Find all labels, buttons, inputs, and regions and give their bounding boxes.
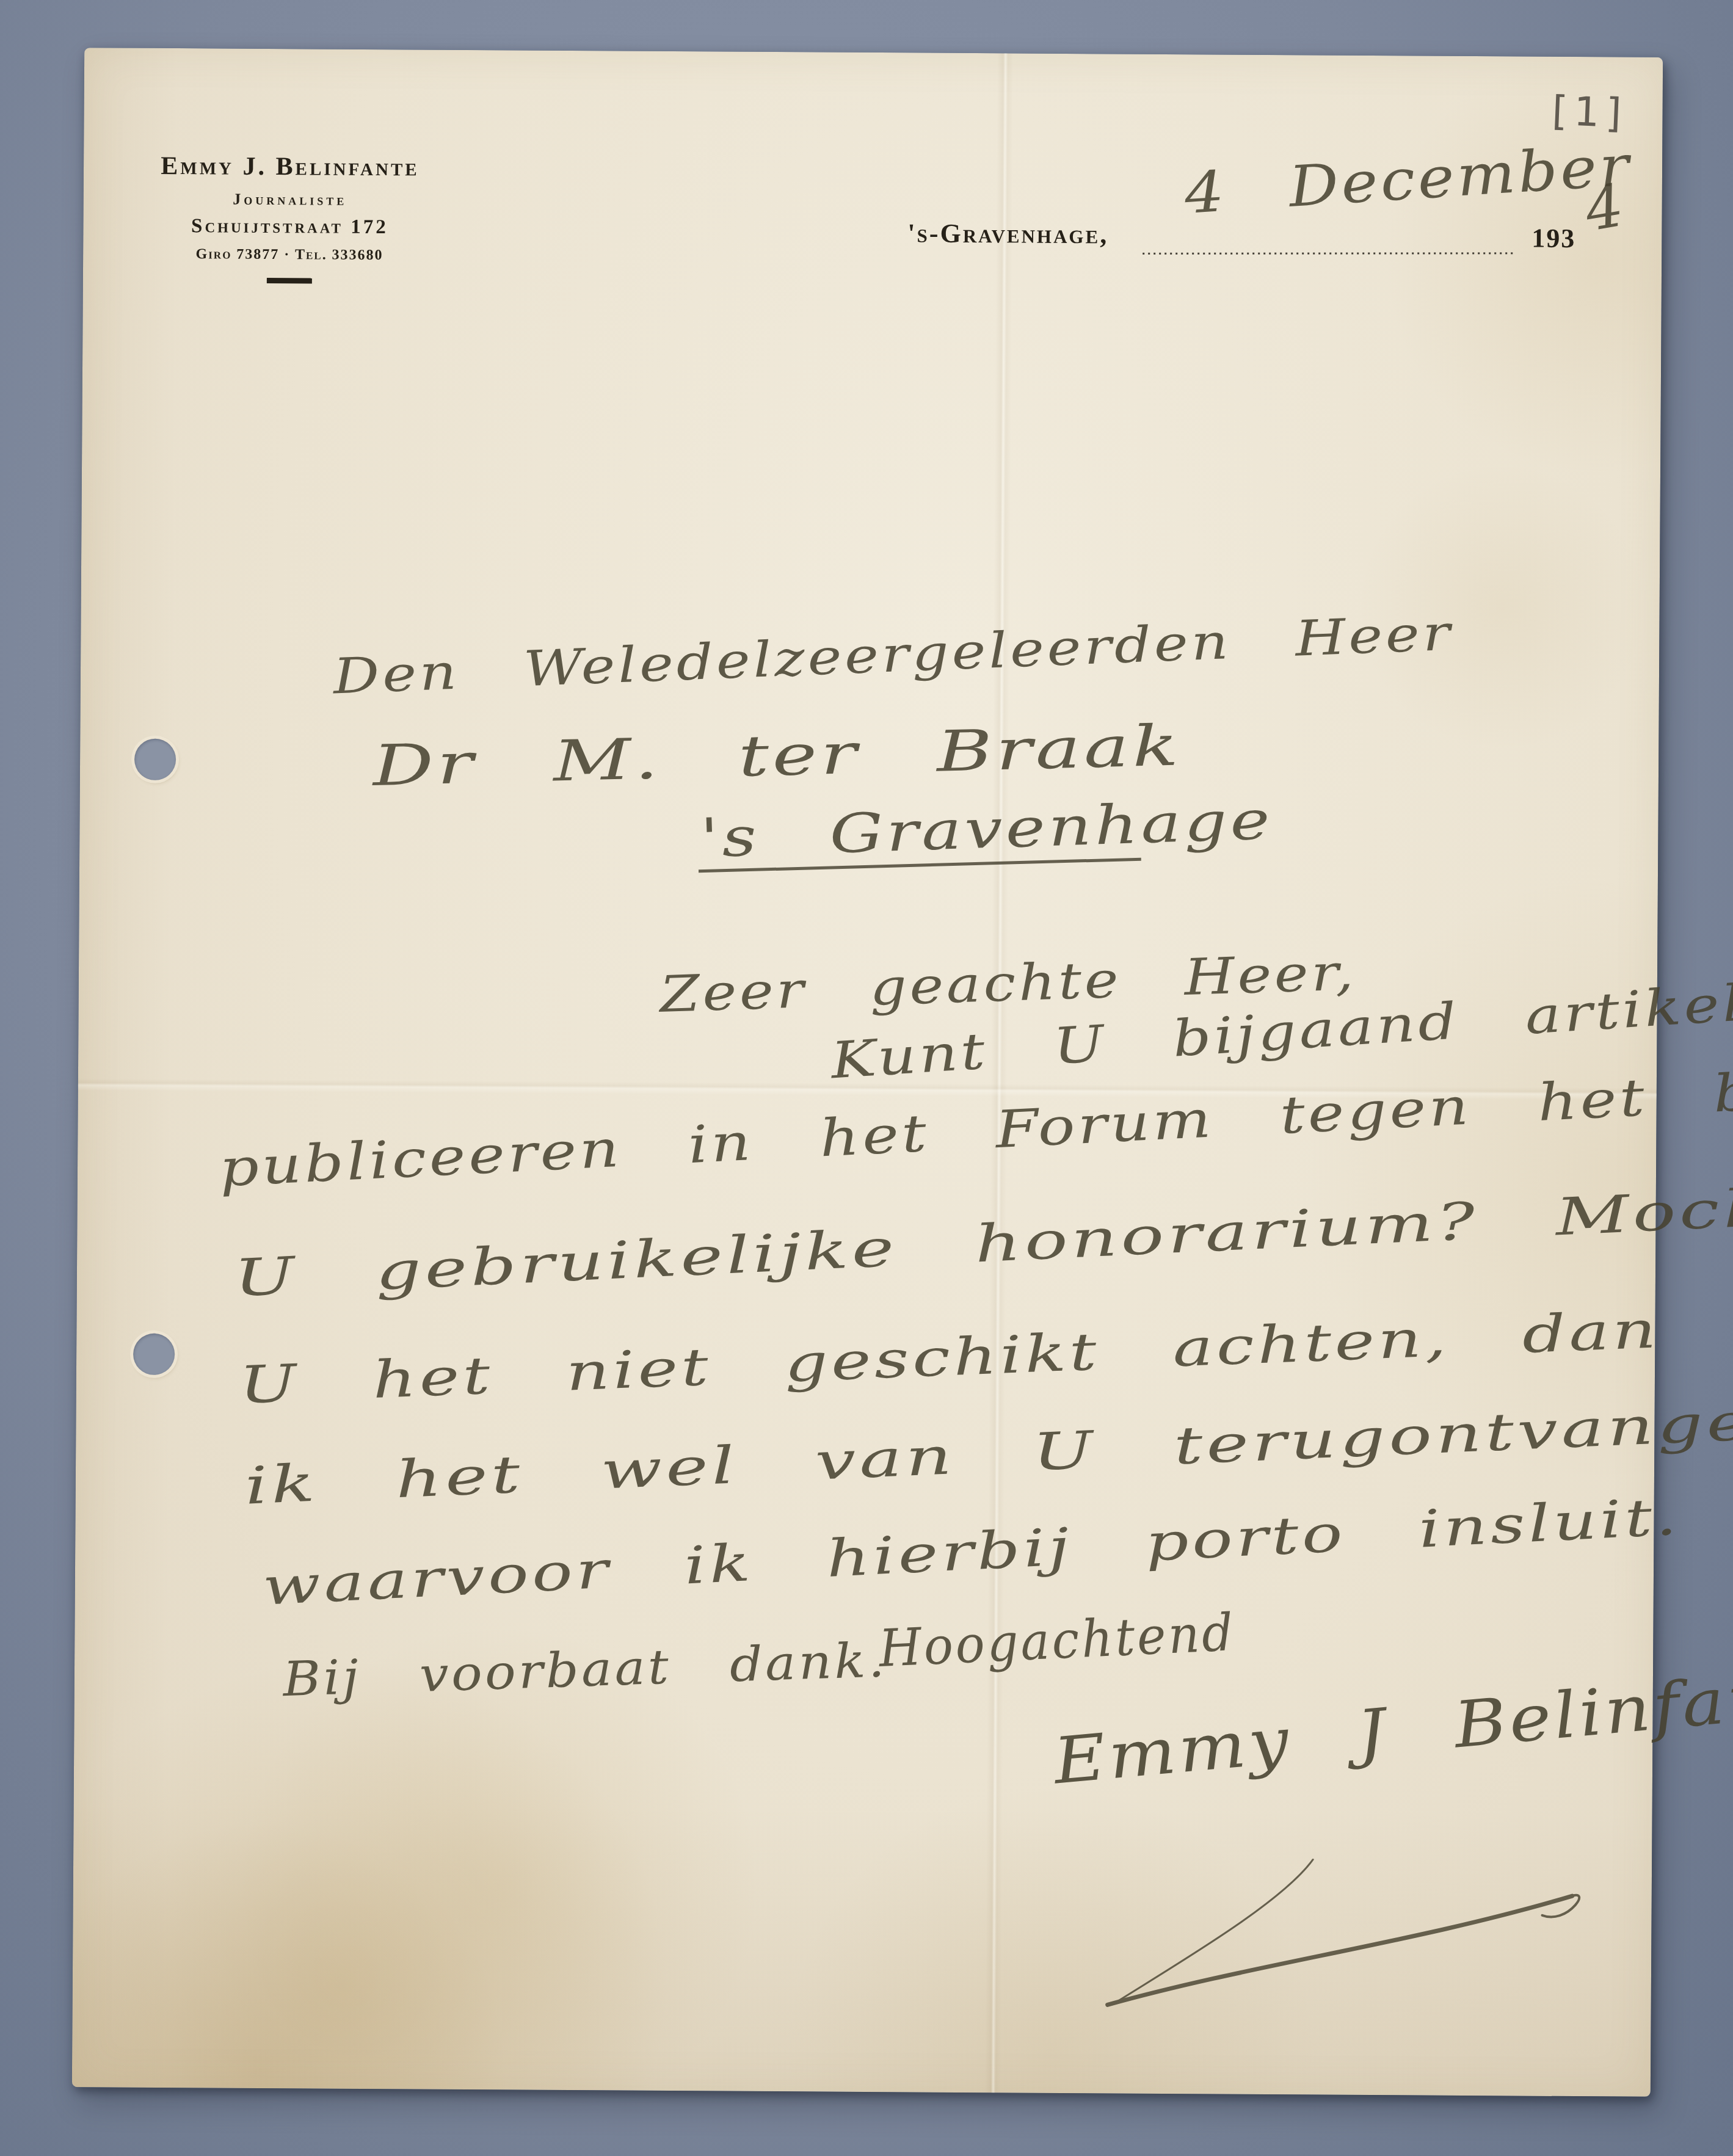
signature-flourish — [1074, 1855, 1625, 2023]
recipient-line-2: Dr M. ter Braak — [372, 718, 1182, 794]
signature: Emmy J Belinfante — [1051, 1658, 1733, 1793]
recipient-line-3: 's Gravenhage — [700, 793, 1274, 865]
body-line-3: U gebruikelijke honorarium? Mocht — [233, 1180, 1733, 1304]
letter-paper: [1] Emmy J. Belinfante Journaliste Schui… — [72, 48, 1663, 2097]
recipient-line-1: Den Weledelzeergeleerden Heer — [332, 609, 1454, 702]
punch-hole-top — [134, 739, 176, 780]
printed-city-label: 's-Gravenhage, — [907, 217, 1108, 250]
dotted-date-line — [1141, 252, 1514, 255]
scan-background: { "page": { "note_top_right": "[1]" }, "… — [0, 0, 1733, 2156]
letterhead: Emmy J. Belinfante Journaliste Schuijtst… — [155, 153, 424, 285]
body-line-4: U het niet geschikt achten, dan mag — [238, 1295, 1733, 1411]
letterhead-divider-bar — [267, 278, 312, 283]
letterhead-street: Schuijtstraat 172 — [155, 216, 424, 238]
printed-year-prefix: 193 — [1531, 223, 1575, 254]
body-line-6: waarvoor ik hierbij porto insluit. — [261, 1490, 1681, 1612]
archive-number-note: [1] — [1551, 87, 1629, 137]
letterhead-name: Emmy J. Belinfante — [156, 153, 424, 181]
closing-thanks: Bij voorbaat dank. — [282, 1636, 888, 1704]
punch-hole-bottom — [133, 1334, 175, 1375]
closing-regards: Hoogachtend — [877, 1606, 1236, 1674]
letterhead-contact: Giro 73877 · Tel. 333680 — [155, 247, 424, 263]
handwritten-date: 4 December — [1183, 137, 1633, 222]
letterhead-profession: Journaliste — [156, 191, 424, 209]
